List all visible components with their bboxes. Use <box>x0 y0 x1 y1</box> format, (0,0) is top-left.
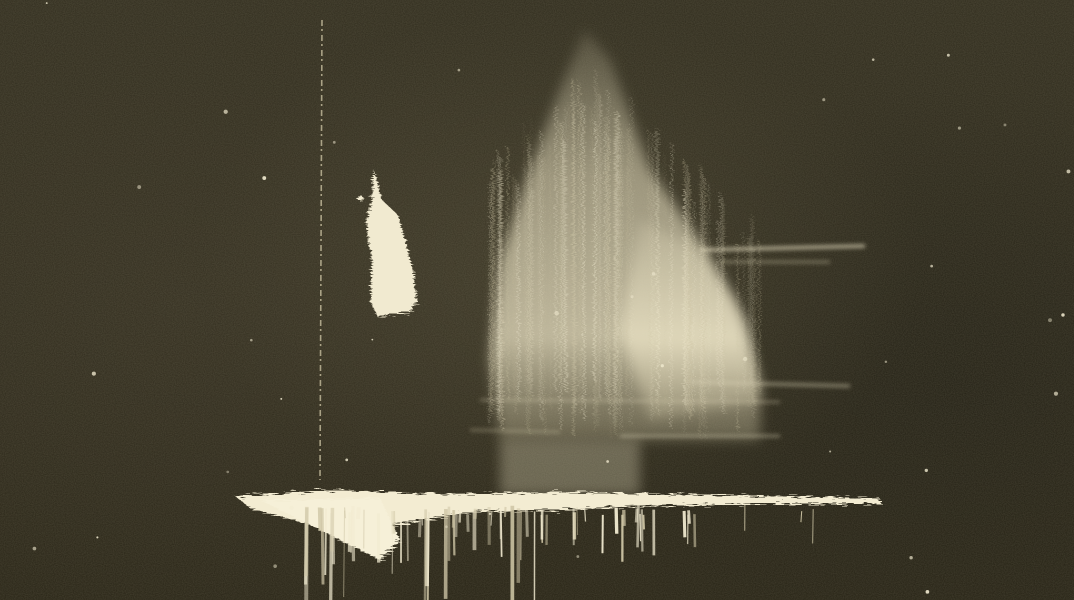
water-reflection <box>500 440 640 495</box>
small-bright-shape <box>357 170 416 318</box>
painted-marks <box>0 0 1074 600</box>
hazy-sail-shape <box>489 30 760 440</box>
vertical-hairline <box>320 20 322 480</box>
painting-canvas <box>0 0 1074 600</box>
